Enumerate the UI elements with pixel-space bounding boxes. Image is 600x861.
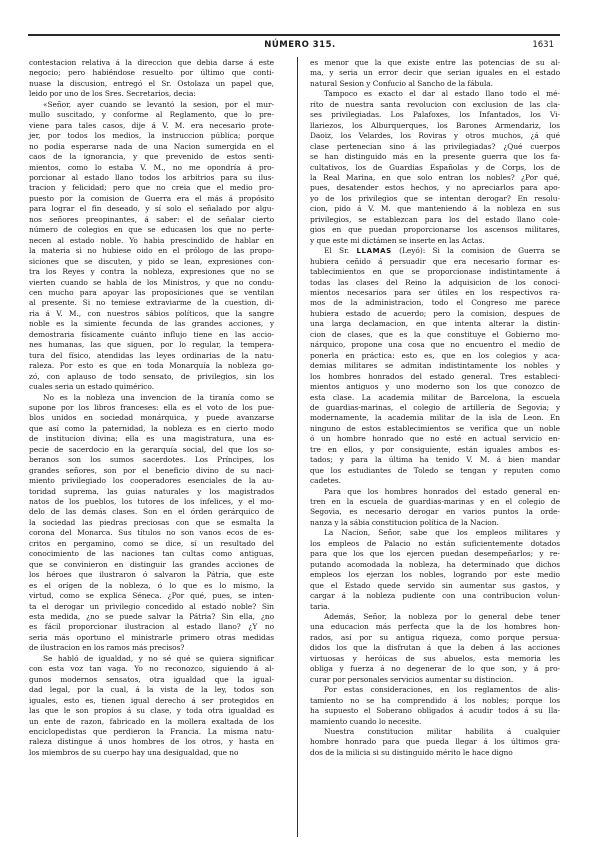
text-line: nos señores preopinantes, á saber: el de… — [29, 215, 274, 225]
text-line: puesto por la comision de Guerra era el … — [29, 194, 274, 204]
text-line: mientos, como lo estaba V. M., no me opo… — [29, 163, 274, 173]
text-line: tren en la escuela de guardias-marinas y… — [310, 497, 560, 507]
text-line: vierten cuando se habla de los Ministros… — [29, 278, 274, 288]
text-line: conocimiento de las naciones tan cultas … — [29, 549, 274, 559]
text-line: critos en pergamino, como se dice, sí un… — [29, 539, 274, 549]
text-line: pues, desatender estos hechos, y no apre… — [310, 183, 560, 193]
text-line: noble es la simiente fecunda de las gran… — [29, 319, 274, 329]
text-line: virtud, como se explica Séneca. ¿Por qué… — [29, 591, 274, 601]
text-line: siciones que se discuten, y pido se lean… — [29, 257, 274, 267]
text-line: cargar á la nobleza pudiente con una con… — [310, 591, 560, 601]
paragraph: es menor que la que existe entre las pot… — [310, 58, 560, 89]
text-line: leido por uno de los Sres. Secretarios, … — [29, 89, 274, 99]
text-line: La Nacion, Señor, sabe que los empleos m… — [310, 528, 560, 538]
right-column: es menor que la que existe entre las pot… — [310, 58, 560, 758]
text-line: enciclopedistas que perdieron la Francia… — [29, 727, 274, 737]
text-line: contestacion relativa á la direccion que… — [29, 58, 274, 68]
text-line: empleos los ejerzan los nobles, logrando… — [310, 570, 560, 580]
text-line: que los estudiantes de Toledo se tengan … — [310, 466, 560, 476]
text-line: didos los que la disfrutan á que la debe… — [310, 643, 560, 653]
text-line: natural Sesion y Confucio al Sancho de l… — [310, 79, 560, 89]
text-line: caos de la ignorancia, y que prevenido d… — [29, 152, 274, 162]
text-line: supone por los libros franceses: ella es… — [29, 403, 274, 413]
text-line: seria más oportuno el ministrarle primer… — [29, 633, 274, 643]
text-line: obliga y fuerza á no degenerar de lo que… — [310, 664, 560, 674]
text-line: privilegios, se establezcan para los del… — [310, 215, 560, 225]
text-line: Nuestra constitucion militar habilita á … — [310, 727, 560, 737]
text-line: es el orígen de la nobleza, ó lo que es … — [29, 581, 274, 591]
text-line: ses privilegiadas. Los Palafoxes, los In… — [310, 110, 560, 120]
text-line: número de colegios en que se educasen lo… — [29, 225, 274, 235]
text-line: un ente de razon, fabricado en la moller… — [29, 717, 274, 727]
text-line: mientos antiguos y uno moderno son los q… — [310, 382, 560, 392]
text-line: rados, así por su antigua riqueza, como … — [310, 633, 560, 643]
text-line: cadetes. — [310, 476, 560, 486]
text-line: tura del físico, atendidas las leyes ord… — [29, 351, 274, 361]
column-divider — [297, 57, 298, 837]
text-line: viene para tales casos, dije á V. M. era… — [29, 121, 274, 131]
text-line: porcionar al estado llano todos los arbi… — [29, 173, 274, 183]
paragraph: Tampoco es exacto el dar al estado llano… — [310, 89, 560, 246]
text-line: con esta voz tan vaga. Yo no reconozco, … — [29, 664, 274, 674]
paragraph: Para que los hombres honrados del estado… — [310, 487, 560, 529]
text-line: necen al estado noble. Yo habia prescind… — [29, 236, 274, 246]
text-line: de guardias-marinas, el colegio de artil… — [310, 403, 560, 413]
text-line: los empleos de Palacio no están suficien… — [310, 539, 560, 549]
text-line: la sociedad las piedras preciosas con qu… — [29, 518, 274, 528]
text-line: beranos son los sumos sacerdotes. Los Pr… — [29, 455, 274, 465]
text-line: que así como la paternidad, la nobleza e… — [29, 424, 274, 434]
text-line: putando acomodada la nobleza, ha determi… — [310, 560, 560, 570]
text-line: ponerla en práctica: esto es, que en los… — [310, 351, 560, 361]
text-line: pecie de sacerdocio en la gerarquía soci… — [29, 445, 274, 455]
text-line: virtuosas y heróicas de sus abuelos, est… — [310, 654, 560, 664]
text-line: tamiento no se ha comprendido á los nobl… — [310, 696, 560, 706]
text-line: al presente. Si no temiese extraviarme d… — [29, 298, 274, 308]
text-line: jer, por todos los medios, la instruccio… — [29, 131, 274, 141]
text-line: de institucion divina; ella es una magis… — [29, 434, 274, 444]
text-line: tados; y para la última ha tenido V. M. … — [310, 455, 560, 465]
text-line: «Señor, ayer cuando se levantó la sesion… — [29, 100, 274, 110]
text-line: cion, pido á V. M. que manteniendo á la … — [310, 204, 560, 214]
text-line: ta el derogar un privilegio concedido al… — [29, 602, 274, 612]
text-line: negocio; pero habiéndose resuelto por úl… — [29, 68, 274, 78]
text-line: yo de los privilegios que se intentan de… — [310, 194, 560, 204]
text-line: todas las clases del Reino la adquisicio… — [310, 278, 560, 288]
text-line: Tampoco es exacto el dar al estado llano… — [310, 89, 560, 99]
text-line: es fácil proporcionar ilustracion al est… — [29, 622, 274, 632]
text-line: delo de las demás clases. Son en el órde… — [29, 507, 274, 517]
text-line: los hombres honrados del estado general.… — [310, 372, 560, 382]
text-line: es menor que la que existe entre las pot… — [310, 58, 560, 68]
text-line: que el Estado quede servido sin aumentar… — [310, 581, 560, 591]
text-line: zó, con aplauso de todo sensato, de priv… — [29, 372, 274, 382]
text-line: y que este mi dictámen se inserte en las… — [310, 236, 560, 246]
text-line: ria á V. M., con nuestros sábios polític… — [29, 309, 274, 319]
text-line: demostraria físicamente cuánto influjo t… — [29, 330, 274, 340]
text-line: blos unidos en sociedad monárquica, y pu… — [29, 413, 274, 423]
text-line: nes humanas, las que siguen, por lo regu… — [29, 340, 274, 350]
text-line: No es la nobleza una invencion de la tir… — [29, 393, 274, 403]
text-line: los héroes que ilustraron ó salvaron la … — [29, 570, 274, 580]
page-number: 1631 — [532, 40, 554, 50]
left-column: contestacion relativa á la direccion que… — [29, 58, 274, 758]
text-line: toridad suprema, las guias naturales y l… — [29, 487, 274, 497]
paragraph: Además, Señor, la nobleza por lo general… — [310, 612, 560, 685]
text-line: la Real Marina, en que solo entran los n… — [310, 173, 560, 183]
text-line: nárquico, propone una cosa que no encuen… — [310, 340, 560, 350]
text-line: una larga declamacion, en que intenta al… — [310, 319, 560, 329]
paragraph: La Nacion, Señor, sabe que los empleos m… — [310, 528, 560, 612]
paragraph: contestacion relativa á la direccion que… — [29, 58, 274, 100]
text-line: curar por personales servicios aumentar … — [310, 675, 560, 685]
text-line: ó un hombre honrado que no esté en actua… — [310, 434, 560, 444]
text-line: dos de la milicia si su distinguido méri… — [310, 748, 560, 758]
text-line: taria. — [310, 602, 560, 612]
text-line: gios en que puedan proporcionarse los as… — [310, 225, 560, 235]
text-line: Por estas consideraciones, en los reglam… — [310, 685, 560, 695]
text-line: modernamente, la academia militar de la … — [310, 413, 560, 423]
text-line: mamiento cuando lo necesite. — [310, 717, 560, 727]
text-line: la materia si no hubiese oido en el pról… — [29, 246, 274, 256]
text-line: Daoiz, los Velardes, los Roviras y otros… — [310, 131, 560, 141]
text-line: se han distinguido más en la presente gu… — [310, 152, 560, 162]
text-line: ninguno de estos establecimientos se ver… — [310, 424, 560, 434]
text-line: miento privilegiado los cooperadores ese… — [29, 476, 274, 486]
text-line: hubiera ceñido á persuadir que era neces… — [310, 257, 560, 267]
text-line: tablecimientos en que se proporcionase i… — [310, 267, 560, 277]
text-line: hombre honrado para que pueda llegar á l… — [310, 737, 560, 747]
text-line: dad legal, por la cual, á la vista de la… — [29, 685, 274, 695]
text-line: que se convinieron en distinguir las gra… — [29, 560, 274, 570]
text-line: grandes señores, son por el beneficio di… — [29, 466, 274, 476]
text-line: hubiera estado de acuerdo; pero la comis… — [310, 309, 560, 319]
text-line: nanza y la sábia constitucion política d… — [310, 518, 560, 528]
text-line: tracion y felicidad; pero que no creia q… — [29, 183, 274, 193]
text-line: cen mucho para apoyar las proposiciones … — [29, 288, 274, 298]
header-rule — [28, 34, 560, 36]
text-line: mos de la administracion, todo el Congre… — [310, 298, 560, 308]
text-line: natos de los pueblos, los tutores de los… — [29, 497, 274, 507]
speaker-prefix: El Sr. — [324, 246, 356, 255]
text-line: esta medida, ¿no se puede salvar la Pátr… — [29, 612, 274, 622]
text-line: los miembros de su cuerpo hay una desigu… — [29, 748, 274, 758]
text-line: tre en ellos, y por consiguiente, están … — [310, 445, 560, 455]
text-line: para que los que los ejercen puedan dese… — [310, 549, 560, 559]
text-line: ha supuesto el Soberano obligados á acud… — [310, 706, 560, 716]
issue-number: NÚMERO 315. — [0, 40, 600, 50]
text-line: Para que los hombres honrados del estado… — [310, 487, 560, 497]
text-line: mientos necesarios para ser útiles en lo… — [310, 288, 560, 298]
text-line: raleza distingue á unos hombres de los o… — [29, 737, 274, 747]
text-line: ma, y seria un error decir que serian ig… — [310, 68, 560, 78]
speaker-suffix: (Leyó): Si la comision de Guerra se — [392, 246, 560, 255]
text-line: las que le son propios á su clase, y tod… — [29, 706, 274, 716]
paragraph: No es la nobleza una invencion de la tir… — [29, 393, 274, 654]
text-line: nuase la discusion, entregó el Sr. Ostol… — [29, 79, 274, 89]
text-line: Se habló de igualdad, y no sé qué se qui… — [29, 654, 274, 664]
text-line: tra los Reyes y contra la nobleza, expre… — [29, 267, 274, 277]
speaker-name: LLAMAS — [356, 247, 391, 255]
text-line: una educacion más perfecta que la de los… — [310, 622, 560, 632]
text-line: demias militares se admitan indistintame… — [310, 361, 560, 371]
text-line: para lograr el fin deseado, y sí solo el… — [29, 204, 274, 214]
text-line: mullo suscitado, y conforme al Reglament… — [29, 110, 274, 120]
speaker-line: El Sr. LLAMAS (Leyó): Si la comision de … — [310, 246, 560, 256]
text-line: corona del Monarca. Sus títulos no son v… — [29, 528, 274, 538]
paragraph: Se habló de igualdad, y no sé qué se qui… — [29, 654, 274, 759]
text-line: iguales, esto es, tienen igual derecho á… — [29, 696, 274, 706]
text-line: Segovia, es necesario derogar en varios … — [310, 507, 560, 517]
text-line: cuales seria un estado quimérico. — [29, 382, 274, 392]
paragraph: El Sr. LLAMAS (Leyó): Si la comision de … — [310, 246, 560, 486]
text-line: Además, Señor, la nobleza por lo general… — [310, 612, 560, 622]
text-line: rito de nuestra santa revolucion con exc… — [310, 100, 560, 110]
paragraph: Por estas consideraciones, en los reglam… — [310, 685, 560, 727]
text-line: llariezos, los Alburquerques, los Barone… — [310, 121, 560, 131]
text-line: raleza. Por esto es que en toda Monarquí… — [29, 361, 274, 371]
text-line: de ilustracion en los ramos más precisos… — [29, 643, 274, 653]
paragraph: «Señor, ayer cuando se levantó la sesion… — [29, 100, 274, 393]
text-line: cultativos, los de Guardias Españolas y … — [310, 163, 560, 173]
text-line: no podia esperarse nada de una Nacion su… — [29, 142, 274, 152]
text-line: esta clase. La academia militar de Barce… — [310, 393, 560, 403]
text-line: cion de clases, que es la que constituye… — [310, 330, 560, 340]
text-line: gunos modernos sensatos, otra igualdad q… — [29, 675, 274, 685]
paragraph: Nuestra constitucion militar habilita á … — [310, 727, 560, 758]
text-line: clase pertenecian sino á las privilegiad… — [310, 142, 560, 152]
